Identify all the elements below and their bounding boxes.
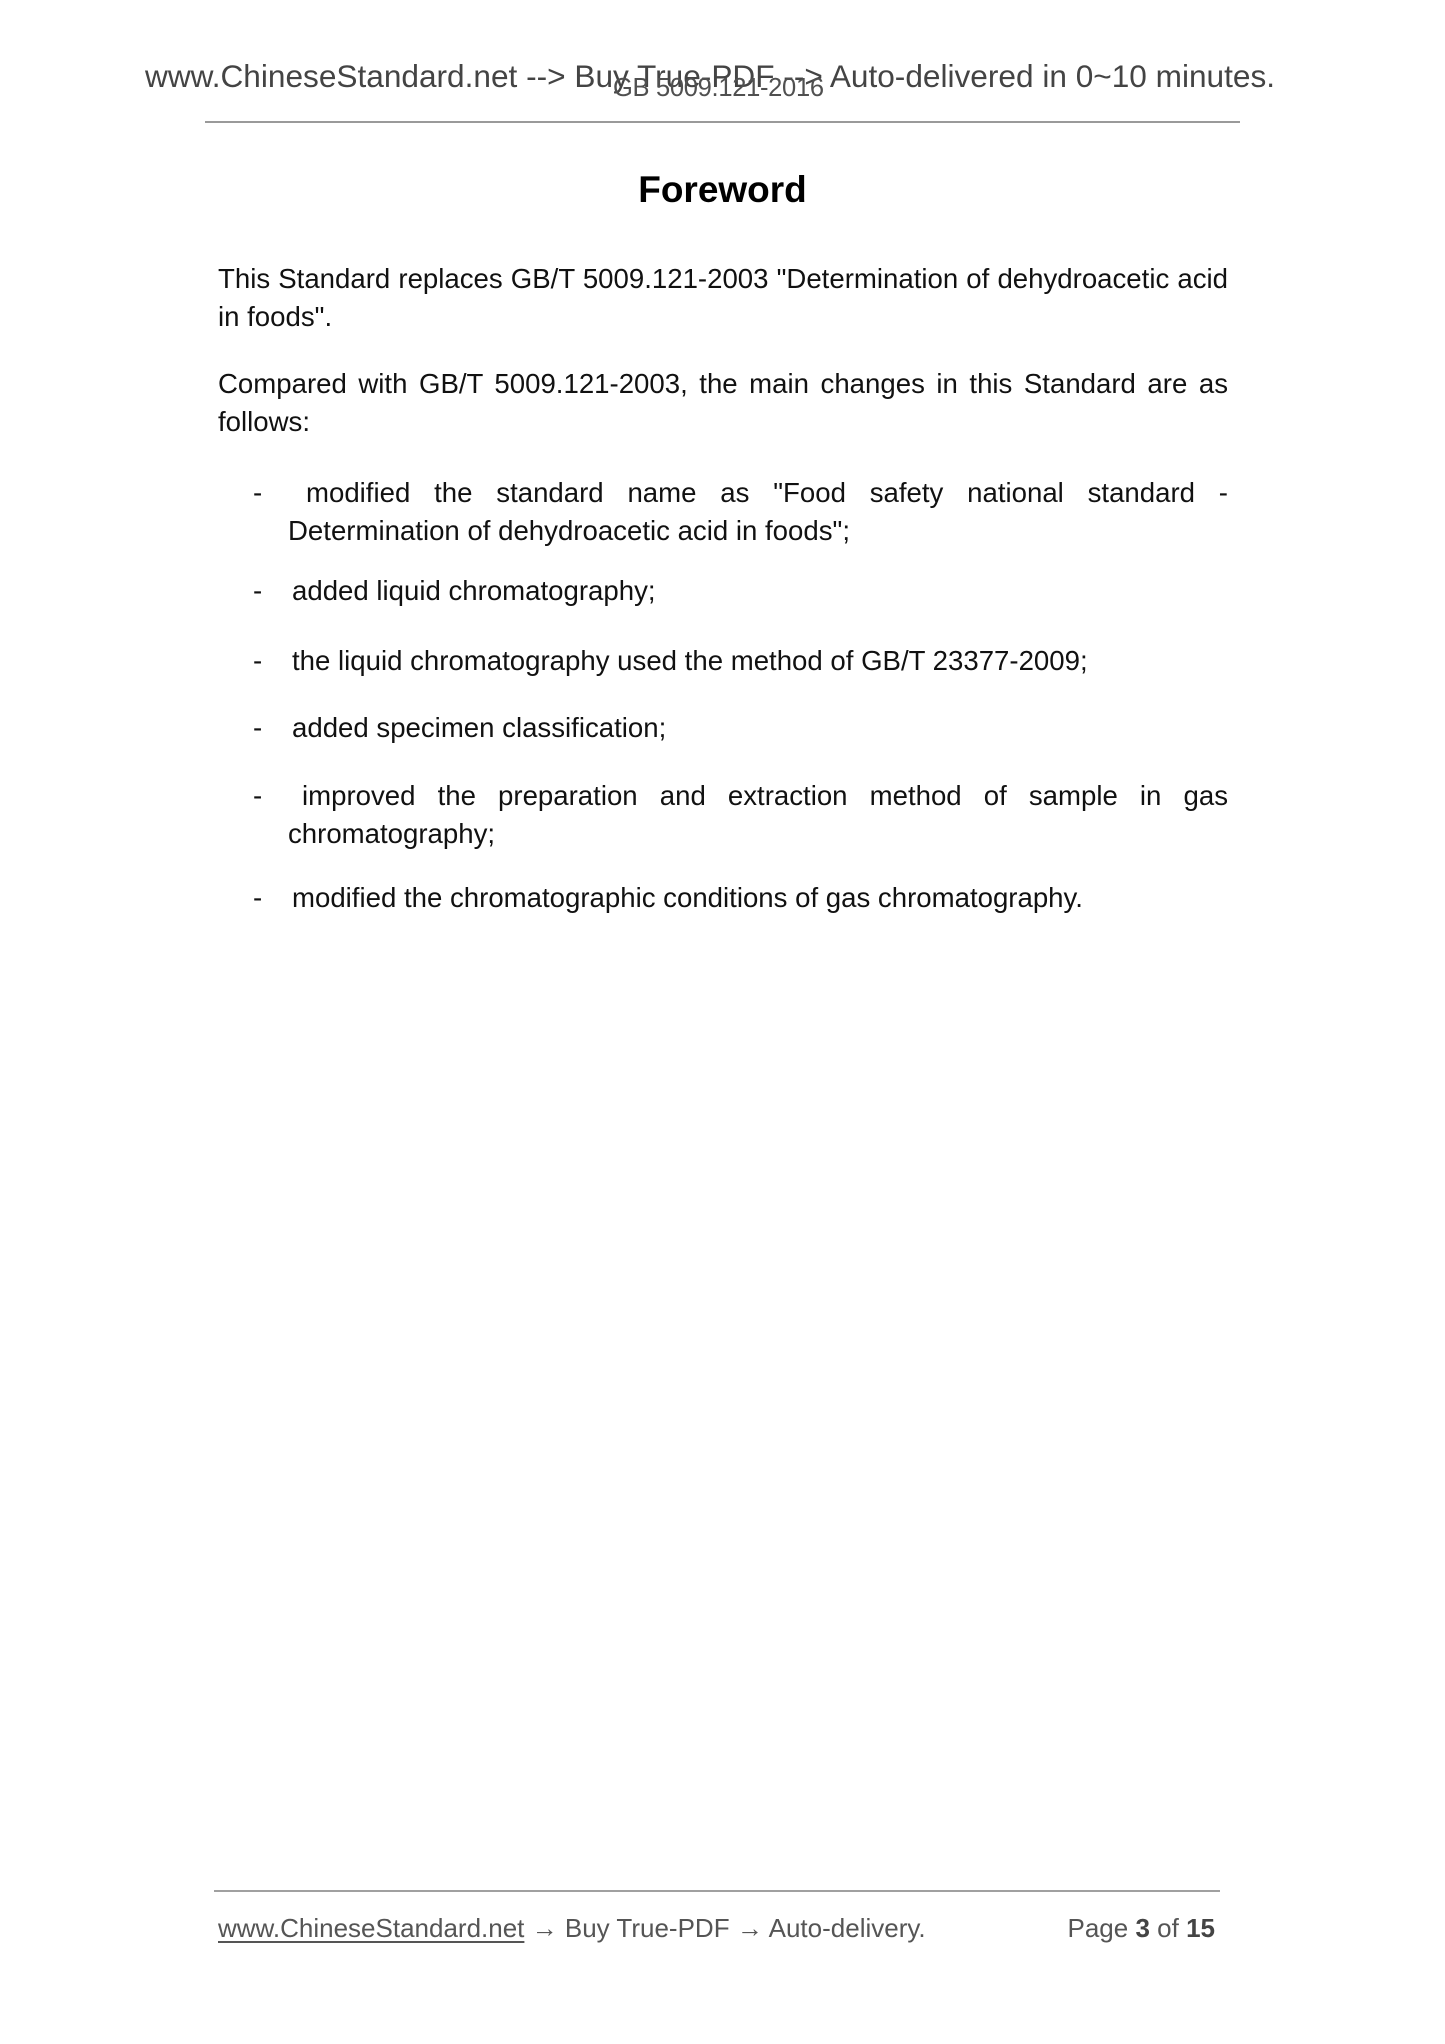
paragraph-compared: Compared with GB/T 5009.121-2003, the ma… (218, 365, 1228, 441)
page-footer: www.ChineseStandard.net → Buy True-PDF →… (218, 1910, 1218, 1946)
page-total: 15 (1186, 1913, 1215, 1943)
list-item-text: modified the standard name as "Food safe… (288, 474, 1228, 550)
footer-site-link[interactable]: www.ChineseStandard.net (218, 1913, 524, 1943)
dash-bullet-icon: - (253, 642, 273, 680)
paragraph-replaces: This Standard replaces GB/T 5009.121-200… (218, 260, 1228, 336)
footer-buy-text: Buy True-PDF (565, 1913, 730, 1943)
list-item-text: improved the preparation and extraction … (288, 777, 1228, 853)
standard-code: GB 5009.121-2016 (613, 73, 833, 103)
page-of: of (1157, 1913, 1179, 1943)
dash-bullet-icon: - (253, 709, 273, 747)
footer-delivery-text: Auto-delivery. (769, 1913, 926, 1943)
arrow-right-icon: → (737, 1913, 763, 1943)
dash-bullet-icon: - (253, 777, 273, 815)
dash-bullet-icon: - (253, 474, 273, 512)
list-item-text: modified the chromatographic conditions … (292, 879, 1232, 917)
page-number: Page 3 of 15 (1067, 1910, 1215, 1946)
page-label: Page (1067, 1913, 1128, 1943)
dash-bullet-icon: - (253, 879, 273, 917)
dash-bullet-icon: - (253, 572, 273, 610)
list-item-text: the liquid chromatography used the metho… (292, 642, 1232, 680)
footer-divider (214, 1890, 1220, 1892)
page-header: www.ChineseStandard.net --> Buy True-PDF… (0, 56, 1445, 116)
arrow-right-icon: → (532, 1913, 558, 1943)
header-divider (205, 121, 1240, 123)
list-item-text: added specimen classification; (292, 709, 1232, 747)
page-current: 3 (1135, 1913, 1149, 1943)
list-item-text: added liquid chromatography; (292, 572, 1232, 610)
page-title: Foreword (0, 168, 1445, 212)
